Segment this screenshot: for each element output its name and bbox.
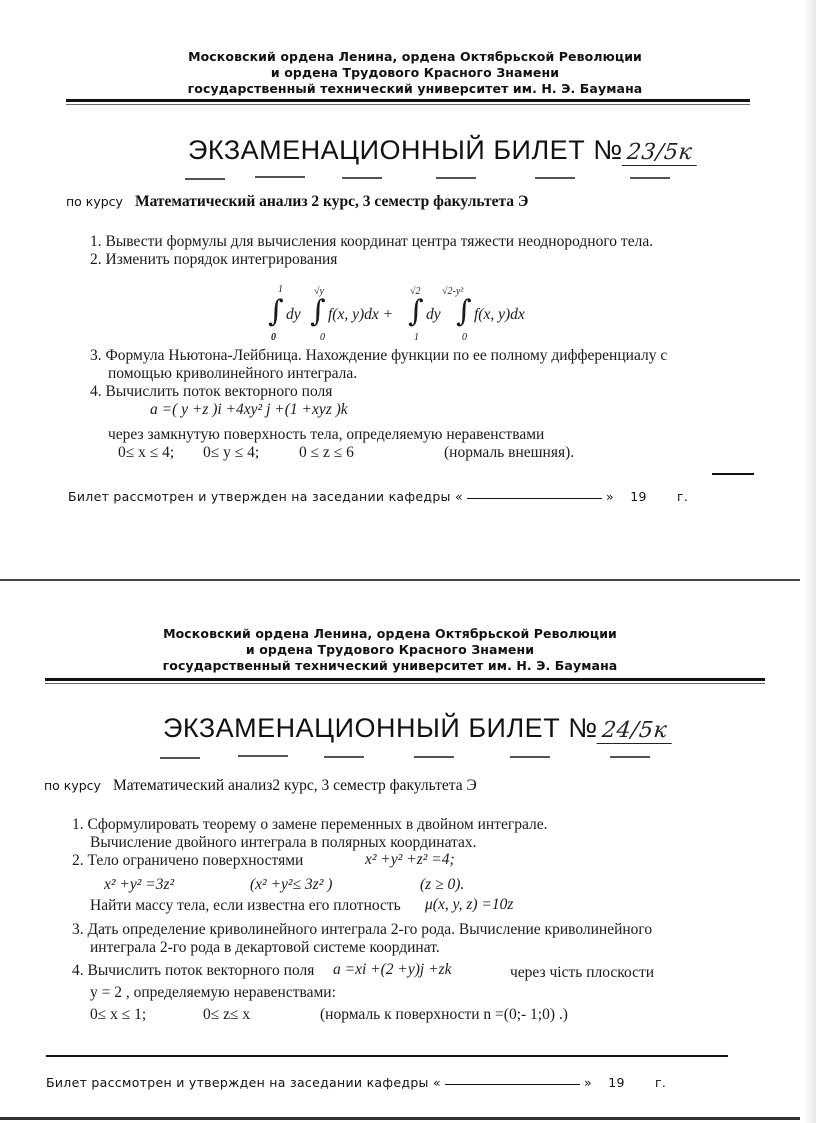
inequality: 0≤ x ≤ 1; — [90, 1005, 146, 1024]
decorative-dash — [238, 755, 288, 757]
question-3: 3. Дать определение криволинейного интег… — [72, 920, 652, 939]
decorative-dash — [535, 177, 575, 179]
integral-sign: ∫ — [408, 294, 424, 329]
course-name: Математический анализ 2 курс, 3 семестр … — [135, 193, 528, 210]
decorative-dash — [610, 756, 650, 758]
decorative-dash — [342, 177, 382, 179]
decorative-dash — [185, 178, 225, 180]
ticket-number: 23/5к — [621, 141, 699, 166]
question-text: Дать определение криволинейного интеграл… — [88, 921, 653, 938]
decorative-dash — [630, 177, 670, 179]
integrand: f(x, y)dx — [474, 306, 525, 324]
question-text: интеграла 2-го рода в декартовой системе… — [90, 938, 440, 957]
integrand: f(x, y)dx + — [328, 306, 393, 324]
region-condition: (z ≥ 0). — [420, 876, 464, 894]
question-text: Вывести формулы для вычисления координат… — [106, 233, 654, 250]
approval-line: Билет рассмотрен и утвержден на заседани… — [68, 489, 688, 504]
region-condition: (x² +y²≤ 3z² ) — [250, 876, 332, 894]
title-text: ЭКЗАМЕНАЦИОННЫЙ БИЛЕТ № — [188, 135, 623, 165]
question-text: помощью криволинейного интеграла. — [108, 364, 357, 383]
question-number: 3. — [72, 921, 84, 938]
decorative-dash — [160, 757, 200, 759]
institution-line: Московский ордена Ленина, ордена Октябрь… — [150, 49, 680, 65]
question-text: y = 2 , определяемую неравенствами: — [90, 983, 336, 1002]
integral-sign: ∫ — [456, 294, 472, 329]
integral-lower-limit: 0 — [320, 332, 325, 343]
integral-upper-limit: √2 — [410, 286, 421, 297]
date-blank — [445, 1084, 580, 1085]
question-4: 4. Вычислить поток векторного поля — [90, 382, 332, 401]
course-label: по курсу — [44, 778, 101, 793]
quote-mark: « — [433, 1075, 441, 1090]
header-rule-thin — [66, 104, 750, 105]
ticket-title: ЭКЗАМЕНАЦИОННЫЙ БИЛЕТ №24/5к — [163, 713, 673, 744]
integral-lower-limit: 0 — [462, 332, 467, 343]
decorative-dash — [255, 176, 305, 178]
ticket-number: 24/5к — [596, 719, 674, 744]
course-line: по курсу Математический анализ2 курс, 3 … — [44, 777, 477, 795]
question-text: Найти массу тела, если известна его плот… — [90, 896, 401, 915]
decorative-dash — [324, 756, 364, 758]
year-suffix: г. — [655, 1075, 666, 1090]
normal-note: (нормаль к поверхности n =(0;- 1;0) .) — [320, 1005, 568, 1024]
year-suffix: г. — [677, 489, 688, 504]
question-text: Изменить порядок интегрирования — [106, 251, 338, 268]
surface-equation: x² +y² +z² =4; — [365, 851, 455, 869]
cut-line — [0, 579, 800, 581]
quote-mark: » — [606, 489, 614, 504]
question-text: через замкнутую поверхность тела, опреде… — [108, 425, 544, 444]
course-name: Математический анализ2 курс, 3 семестр ф… — [113, 777, 477, 794]
question-2: 2. Изменить порядок интегрирования — [90, 250, 337, 269]
institution-line: государственный технический университет … — [125, 658, 655, 674]
quote-mark: » — [584, 1075, 592, 1090]
ticket-title: ЭКЗАМЕНАЦИОННЫЙ БИЛЕТ №23/5к — [188, 135, 698, 166]
page-edge-shadow — [804, 0, 816, 1123]
normal-note: (нормаль внешняя). — [444, 443, 574, 462]
inequality: 0≤ y ≤ 4; — [203, 443, 259, 462]
question-text: Вычислить поток векторного поля — [88, 962, 315, 979]
inequality: 0 ≤ z ≤ 6 — [299, 443, 354, 462]
question-text: Вычислить поток векторного поля — [106, 383, 333, 400]
institution-header: Московский ордена Ленина, ордена Октябрь… — [125, 626, 655, 674]
institution-line: Московский ордена Ленина, ордена Октябрь… — [125, 626, 655, 642]
header-rule — [45, 678, 765, 681]
question-text: через чість плоскости — [510, 963, 654, 982]
date-blank — [467, 498, 602, 499]
decorative-dash — [436, 177, 476, 179]
year: 19 — [608, 1075, 625, 1090]
question-2: 2. Тело ограничено поверхностями — [72, 851, 303, 870]
question-number: 1. — [72, 816, 84, 833]
question-text: Сформулировать теорему о замене переменн… — [88, 816, 548, 833]
vector-field-formula: a =xi +(2 +y)j +zk — [333, 961, 451, 979]
decorative-dash — [510, 756, 550, 758]
vector-field-formula: a =( y +z )i +4xy² j +(1 +xyz )k — [150, 401, 348, 419]
question-1: 1. Сформулировать теорему о замене перем… — [72, 815, 547, 834]
institution-header: Московский ордена Ленина, ордена Октябрь… — [150, 49, 680, 97]
course-line: по курсу Математический анализ 2 курс, 3… — [66, 193, 528, 211]
course-label: по курсу — [66, 194, 123, 209]
integral-formula: ∫ 1 0 dy ∫ √y 0 f(x, y)dx + ∫ √2 1 dy ∫ … — [262, 284, 562, 348]
approval-text: Билет рассмотрен и утвержден на заседани… — [68, 489, 451, 504]
year: 19 — [630, 489, 647, 504]
question-1: 1. Вывести формулы для вычисления коорди… — [90, 232, 653, 251]
page-bottom-edge — [0, 1117, 800, 1120]
surface-equation: x² +y² =3z² — [104, 876, 174, 894]
differential: dy — [286, 306, 301, 324]
question-number: 2. — [90, 251, 102, 268]
inequality: 0≤ x ≤ 4; — [118, 443, 174, 462]
question-number: 4. — [72, 962, 84, 979]
question-text: Вычисление двойного интеграла в полярных… — [90, 833, 477, 852]
title-text: ЭКЗАМЕНАЦИОННЫЙ БИЛЕТ № — [163, 713, 598, 743]
question-text: Формула Ньютона-Лейбница. Нахождение фун… — [106, 347, 668, 364]
approval-text: Билет рассмотрен и утвержден на заседани… — [46, 1075, 429, 1090]
institution-line: государственный технический университет … — [150, 81, 680, 97]
differential: dy — [426, 306, 441, 324]
density-formula: μ(x, y, z) =10z — [425, 896, 513, 914]
approval-line: Билет рассмотрен и утвержден на заседани… — [46, 1075, 666, 1090]
integral-sign: ∫ — [268, 294, 284, 329]
header-rule — [66, 99, 750, 102]
integral-lower-limit: 0 — [271, 332, 276, 343]
header-rule-thin — [45, 683, 765, 684]
quote-mark: « — [455, 489, 463, 504]
margin-mark — [712, 473, 754, 475]
institution-line: и ордена Трудового Красного Знамени — [125, 642, 655, 658]
integral-upper-limit: √y — [314, 286, 324, 297]
footer-rule — [46, 1055, 728, 1057]
question-3: 3. Формула Ньютона-Лейбница. Нахождение … — [90, 346, 667, 365]
question-number: 2. — [72, 852, 84, 869]
integral-upper-limit: √2-y² — [442, 286, 463, 297]
question-number: 1. — [90, 233, 102, 250]
integral-upper-limit: 1 — [278, 284, 283, 295]
decorative-dash — [414, 756, 454, 758]
institution-line: и ордена Трудового Красного Знамени — [150, 65, 680, 81]
question-4: 4. Вычислить поток векторного поля — [72, 961, 314, 980]
question-text: Тело ограничено поверхностями — [88, 852, 304, 869]
question-number: 3. — [90, 347, 102, 364]
integral-lower-limit: 1 — [414, 332, 419, 343]
inequality: 0≤ z≤ x — [203, 1005, 250, 1024]
integral-sign: ∫ — [310, 294, 326, 329]
question-number: 4. — [90, 383, 102, 400]
